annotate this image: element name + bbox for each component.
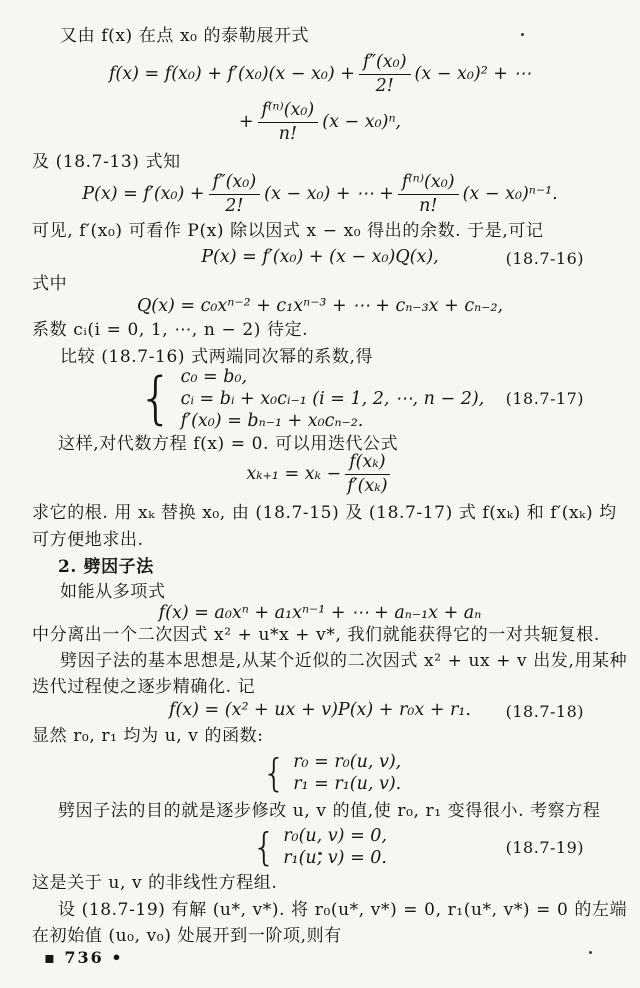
paragraph-goal: 劈因子法的目的就是逐步修改 u, v 的值,使 r₀, r₁ 变得很小. 考察方… [58, 801, 600, 822]
fraction: f″(x₀) 2! [209, 172, 261, 217]
equation-system-18-7-19: { r₀(u, v) = 0, r₁(u, v) = 0. [252, 824, 387, 870]
case-line: r₁ = r₁(u, v). [293, 773, 401, 795]
scanned-textbook-page: 又由 f(x) 在点 x₀ 的泰勒展开式 f(x) = f(x₀) + f′(x… [0, 0, 640, 988]
fraction: f⁽ⁿ⁾(x₀) n! [398, 172, 459, 217]
paragraph-nonlinear: 这是关于 u, v 的非线性方程组. [32, 873, 277, 894]
fraction-denominator: 2! [376, 75, 394, 97]
paragraph-compare: 比较 (18.7-16) 式两端同次幂的系数,得 [60, 347, 373, 368]
fraction: f″(x₀) 2! [359, 52, 411, 97]
case-line: r₁(u, v) = 0. [283, 847, 387, 869]
fraction-numerator: f⁽ⁿ⁾(x₀) [398, 172, 459, 195]
paragraph-expand: 在初始值 (u₀, v₀) 处展开到一阶项,则有 [32, 926, 342, 947]
case-line: r₀(u, v) = 0, [283, 825, 387, 847]
paragraph-if-polynomial: 如能从多项式 [60, 582, 166, 603]
paragraph-separate-factor: 中分离出一个二次因式 x² + u*x + v*, 我们就能获得它的一对共轭复根… [32, 625, 600, 646]
paragraph-where: 式中 [32, 274, 67, 295]
equation-P-expansion: P(x) = f′(x₀) + f″(x₀) 2! (x − x₀) + ⋯ +… [0, 172, 640, 217]
eq-18-7-16-body: P(x) = f′(x₀) + (x − x₀)Q(x), [201, 247, 439, 267]
fraction-numerator: f″(x₀) [359, 52, 411, 75]
scan-speck [318, 852, 322, 855]
paragraph-idea-2: 迭代过程使之逐步精确化. 记 [32, 677, 255, 698]
case-line: c₀ = b₀, [181, 366, 485, 388]
equation-number-18-7-18: (18.7-18) [506, 702, 584, 721]
eq-taylor-l2-post: (x − x₀)ⁿ, [322, 112, 401, 133]
left-brace: { [252, 824, 276, 870]
fraction-denominator: n! [419, 195, 437, 217]
paragraph-root-1: 求它的根. 用 xₖ 替换 x₀, 由 (18.7-15) 及 (18.7-17… [32, 503, 617, 524]
fraction-denominator: 2! [225, 195, 243, 217]
equation-number-18-7-17: (18.7-17) [506, 389, 584, 408]
equation-polynomial-f: f(x) = a₀xⁿ + a₁xⁿ⁻¹ + ⋯ + aₙ₋₁x + aₙ [0, 603, 640, 624]
eq-Q-body: Q(x) = c₀xⁿ⁻² + c₁xⁿ⁻³ + ⋯ + cₙ₋₃x + cₙ₋… [137, 296, 503, 316]
eq-taylor-l1-post: (x − x₀)² + ⋯ [415, 64, 532, 85]
equation-Q-polynomial: Q(x) = c₀xⁿ⁻² + c₁xⁿ⁻³ + ⋯ + cₙ₋₃x + cₙ₋… [0, 296, 640, 317]
equation-system-18-7-17: { c₀ = b₀, cᵢ = bᵢ + x₀cᵢ₋₁ (i = 1, 2, ⋯… [138, 366, 484, 432]
case-line: r₀ = r₀(u, v), [293, 751, 401, 773]
paragraph-remainder: 可见, f′(x₀) 可看作 P(x) 除以因式 x − x₀ 得出的余数. 于… [32, 221, 544, 242]
equation-number-18-7-19: (18.7-19) [506, 838, 584, 857]
paragraph-coefficients: 系数 cᵢ(i = 0, 1, ⋯, n − 2) 待定. [32, 320, 308, 341]
equation-system-r: { r₀ = r₀(u, v), r₁ = r₁(u, v). [262, 750, 401, 796]
eq-P-pre: P(x) = f′(x₀) + [82, 184, 204, 205]
eq-poly-body: f(x) = a₀xⁿ + a₁xⁿ⁻¹ + ⋯ + aₙ₋₁x + aₙ [159, 603, 482, 623]
eq-P-mid: (x − x₀) + ⋯ + [264, 184, 394, 205]
fraction-denominator: n! [279, 123, 297, 145]
left-brace: { [262, 750, 286, 796]
equation-taylor-line1: f(x) = f(x₀) + f′(x₀)(x − x₀) + f″(x₀) 2… [0, 52, 640, 97]
paragraph-suppose: 设 (18.7-19) 有解 (u*, v*). 将 r₀(u*, v*) = … [58, 900, 627, 921]
paragraph-from-eq13: 及 (18.7-13) 式知 [32, 152, 181, 173]
case-line: cᵢ = bᵢ + x₀cᵢ₋₁ (i = 1, 2, ⋯, n − 2), [181, 388, 485, 410]
page-number: ▪ 736 • [44, 948, 124, 967]
scan-speck [589, 951, 592, 954]
fraction-numerator: f″(x₀) [209, 172, 261, 195]
paragraph-obvious: 显然 r₀, r₁ 均为 u, v 的函数: [32, 726, 264, 747]
fraction-denominator: f′(xₖ) [347, 475, 387, 497]
equation-number-18-7-16: (18.7-16) [506, 249, 584, 268]
eq-P-post: (x − x₀)ⁿ⁻¹. [463, 184, 558, 205]
paragraph-taylor-intro: 又由 f(x) 在点 x₀ 的泰勒展开式 [60, 26, 309, 47]
eq-18-7-18-body: f(x) = (x² + ux + v)P(x) + r₀x + r₁. [169, 700, 471, 720]
paragraph-root-2: 可方便地求出. [32, 530, 144, 551]
fraction: f(xₖ) f′(xₖ) [345, 452, 389, 497]
eq-taylor-l1-pre: f(x) = f(x₀) + f′(x₀)(x − x₀) + [109, 64, 355, 85]
scan-speck [521, 33, 524, 36]
case-line: f′(x₀) = bₙ₋₁ + x₀cₙ₋₂. [181, 410, 485, 432]
equation-taylor-line2: + f⁽ⁿ⁾(x₀) n! (x − x₀)ⁿ, [0, 100, 640, 145]
equation-newton-iteration: xₖ₊₁ = xₖ − f(xₖ) f′(xₖ) [0, 452, 640, 497]
eq-taylor-l2-pre: + [239, 112, 254, 133]
section-heading-factor-splitting: 2. 劈因子法 [58, 557, 154, 578]
fraction-numerator: f(xₖ) [345, 452, 389, 475]
fraction: f⁽ⁿ⁾(x₀) n! [258, 100, 319, 145]
paragraph-idea-1: 劈因子法的基本思想是,从某个近似的二次因式 x² + ux + v 出发,用某种 [60, 651, 627, 672]
fraction-numerator: f⁽ⁿ⁾(x₀) [258, 100, 319, 123]
eq-newton-pre: xₖ₊₁ = xₖ − [246, 464, 341, 485]
left-brace: { [138, 366, 174, 432]
